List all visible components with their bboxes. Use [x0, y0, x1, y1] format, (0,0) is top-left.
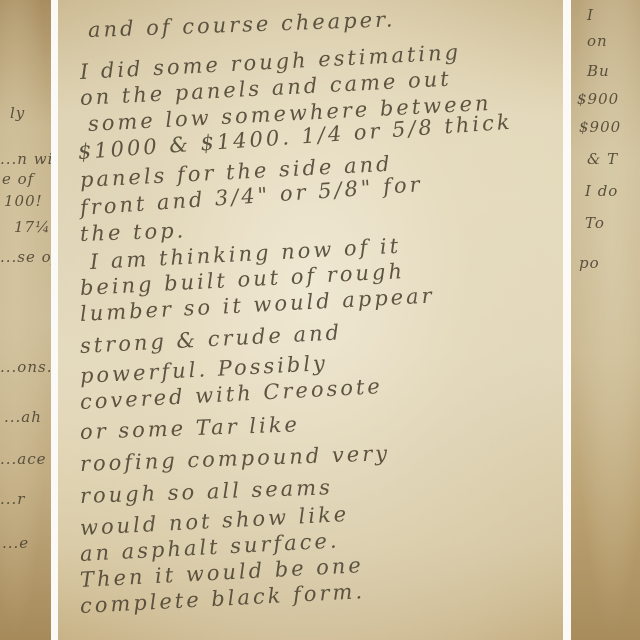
handwritten-line: ...n with [0, 150, 51, 168]
handwritten-line: ...r [0, 490, 25, 508]
handwritten-line: 100! [4, 192, 43, 210]
handwritten-line: I [587, 6, 594, 24]
handwritten-line: ...ons. [0, 358, 51, 376]
handwritten-line: & T [587, 150, 618, 168]
center-page-panel: and of course cheaper.I did some rough e… [58, 0, 563, 640]
handwritten-line: po [579, 254, 600, 272]
handwritten-line: on [587, 32, 608, 50]
handwritten-line: ...e [2, 534, 29, 552]
handwritten-line: $900 [579, 118, 621, 136]
handwritten-line: ...ace [0, 450, 47, 468]
handwritten-line: I do [585, 182, 618, 200]
left-page-panel: ly...n withe of100!17¼...se of...ons....… [0, 0, 51, 640]
handwritten-line: Bu [587, 62, 610, 80]
handwritten-line: ...se of [0, 248, 51, 266]
handwritten-line: To [585, 214, 605, 232]
document-image: ly...n withe of100!17¼...se of...ons....… [0, 0, 640, 640]
handwritten-line: $900 [577, 90, 619, 108]
handwritten-line: ...ah [4, 408, 42, 426]
handwritten-line: ly [10, 104, 25, 122]
handwritten-line: e of [2, 170, 34, 188]
handwritten-line: the top. [80, 218, 187, 246]
handwritten-line: 17¼ [14, 218, 51, 236]
right-page-panel: IonBu$900$900& TI doTopo [571, 0, 640, 640]
